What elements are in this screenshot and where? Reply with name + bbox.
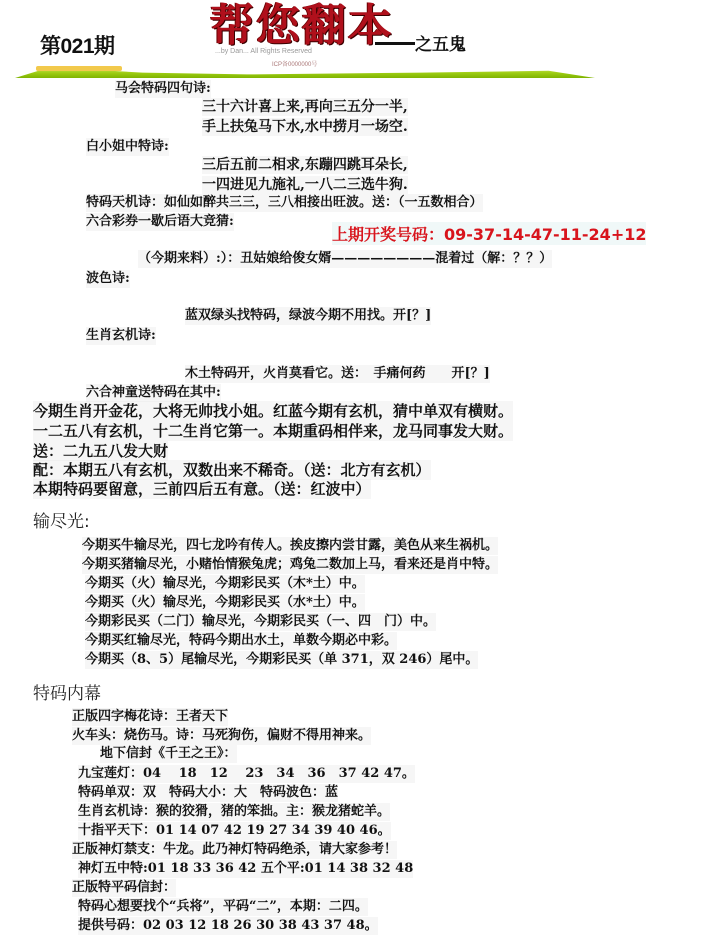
tema-line-11: 特码心想要找个“兵将”，平码“二”，本期：二四。 (78, 898, 368, 916)
baixiaojie-poem-line-2: 一四进见九施礼,一八二三选牛狗. (202, 176, 408, 194)
section-heading-tema-neimu: 特码内幕 (33, 679, 101, 704)
previous-draw-numbers: 09-37-14-47-11-24+12 (444, 225, 646, 244)
shengxiao-poem-title: 生肖玄机诗: (86, 327, 156, 345)
mahui-poem-line-1: 三十六计喜上来,再向三五分一半, (202, 98, 408, 116)
baixiaojie-poem-line-1: 三后五前二相求,东蹦四跳耳朵长, (202, 156, 408, 174)
shentong-line-4: 配：本期五八有玄机，双数出来不稀奇。（送：北方有玄机） (33, 460, 431, 480)
shentong-title: 六合神童送特码在其中: (86, 384, 221, 402)
mahui-poem-line-2: 手上扶兔马下水,水中捞月一场空. (202, 118, 408, 136)
shujinguang-line-6: 今期买红输尽光，特码今期出水土，单数今期必中彩。 (85, 632, 397, 650)
shentong-line-5: 本期特码要留意，三前四后五有意。（送：红波中） (33, 479, 371, 499)
shengxiao-poem-line: 木土特码开，火肖莫看它。送： 手痛何药 开[？] (185, 365, 490, 383)
shentong-line-1: 今期生肖开金花，大将无帅找小姐。红蓝今期有玄机，猜中单双有横财。 (33, 401, 513, 421)
tema-line-5: 特码单双：双 特码大小：大 特码波色：蓝 (78, 784, 338, 802)
copyright-text: ...by Dan... All Rights Reserved (215, 48, 312, 55)
shujinguang-line-2: 今期买猪输尽光，小赌怡情猴兔虎；鸡兔二数加上马，看来还是肖中特。 (82, 556, 498, 574)
brand-subtitle: 之五鬼 (415, 30, 466, 55)
issue-number: 第021期 (40, 30, 115, 60)
shentong-line-3: 送：二九五八发大财 (33, 441, 168, 461)
bose-poem-line: 蓝双绿头找特码，绿波今期不用找。开[？] (185, 307, 431, 325)
shujinguang-line-4: 今期买（火）输尽光，今期彩民买（水*土）中。 (85, 594, 365, 612)
tema-line-10: 正版特平码信封： (72, 879, 176, 897)
shujinguang-line-3: 今期买（火）输尽光，今期彩民买（木*土）中。 (85, 575, 365, 593)
tema-line-8: 正版神灯禁支：牛龙。此乃神灯特码绝杀，请大家参考！ (72, 841, 397, 859)
baixiaojie-poem-title: 白小姐中特诗: (86, 138, 169, 156)
shujinguang-line-1: 今期买牛输尽光，四七龙吟有传人。挨皮擦内尝甘露，美色从来生祸机。 (82, 537, 498, 555)
tema-line-4: 九宝莲灯：04 18 12 23 34 36 37 42 47。 (78, 765, 415, 783)
icp-text: ICP备0000000号 (272, 59, 317, 68)
tema-line-3: 地下信封《千王之王》： (100, 745, 237, 763)
previous-draw-result: 上期开奖号码：09-37-14-47-11-24+12 (332, 222, 646, 245)
tema-line-12: 提供号码：02 03 12 18 26 30 38 43 37 48。 (78, 917, 378, 935)
title-dash (375, 42, 415, 45)
tema-line-1: 正版四字梅花诗：王者天下 (72, 708, 228, 726)
shentong-line-2: 一二五八有玄机，十二生肖它第一。本期重码相伴来，龙马同事发大财。 (33, 421, 513, 441)
tema-line-6: 生肖玄机诗：猴的狡猾，猪的笨拙。主：猴龙猪蛇羊。 (78, 803, 390, 821)
tema-line-2: 火车头：烧伤马。诗：马死狗伤，偏财不得用神来。 (72, 727, 371, 745)
shujinguang-line-7: 今期买（8、5）尾输尽光，今期彩民买（单 371，双 246）尾中。 (85, 651, 478, 669)
previous-draw-label: 上期开奖号码： (332, 225, 444, 244)
bose-poem-title: 波色诗: (86, 270, 130, 288)
section-heading-shujinguang: 输尽光: (33, 507, 90, 532)
shujinguang-line-5: 今期彩民买（二门）输尽光，今期彩民买（一、四 门）中。 (85, 613, 436, 631)
header-yellow-accent (36, 66, 122, 71)
page-header: 第021期 帮您翻本 之五鬼 ...by Dan... All Rights R… (0, 0, 720, 80)
mahui-poem-title: 马会特码四句诗: (115, 80, 211, 98)
brand-title: 帮您翻本 (210, 0, 394, 52)
tianji-poem: 特码天机诗：如仙如醉共三三，三八相接出旺波。送：（一五数相合） (86, 194, 483, 212)
xiehouyu-title: 六合彩券一歇后语大竞猜: (86, 213, 234, 231)
tema-line-7: 十指平天下：01 14 07 42 19 27 34 39 40 46。 (78, 822, 391, 840)
tema-line-9: 神灯五中特:01 18 33 36 42 五个平:01 14 38 32 48 (78, 860, 413, 878)
xiehouyu-riddle: （今期来料）:）：丑姑娘给俊女婿————————混着过（解：？？） (138, 250, 552, 268)
